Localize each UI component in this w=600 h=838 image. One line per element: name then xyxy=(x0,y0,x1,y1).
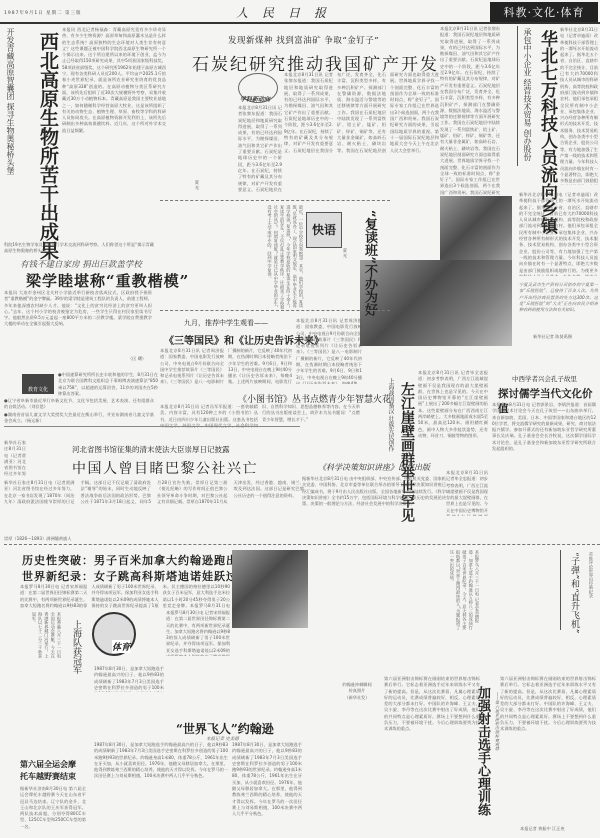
a4-body: 新华社北京8月31日电（记者卓迪雨）改革使科技干部管理上的一潭死水开始流动起来了… xyxy=(560,27,598,185)
a16-body: 第六届亚洲射击锦标赛在刚刚结束的世界射击锦标赛后举行。它标志着亚洲选手近年来训练… xyxy=(384,676,480,832)
a16-title: 加强射击选手心理训练 xyxy=(470,686,490,816)
a6-body-cont: 本报北京8月31日讯 记者周济报道：国家教委、中国电影发行放映公司、中央电视台9… xyxy=(296,318,362,384)
section-rule xyxy=(4,426,300,427)
news-box-logo: 教育文化 xyxy=(22,374,54,394)
a8-body: 本报北京8月31日讯 记者毕全忠报道：初步考察表明，广西左江流域崖壁画不仅是我国… xyxy=(418,370,488,476)
a15-title: “子弹”和“直升飞机” xyxy=(566,552,580,633)
a5-body: 最近，一位中学校长向我抱怨：其实，他们学校的“复读班”早就该办了，现在国家明文规… xyxy=(164,205,304,310)
photo-sprinters xyxy=(232,550,308,628)
a9-body: 据新华社北京8月31日电 由中央组织部、中央宣传部、中直机关党委、国家机关党委、… xyxy=(302,476,446,510)
a15-kicker: 首推评论世界田径新纪录 xyxy=(584,552,594,630)
a12-sub-kicker: 上海队获冠军 xyxy=(68,620,82,674)
a16-byline: 本报记者 黄振中 江正充 xyxy=(520,826,565,832)
photo-clinic-main xyxy=(360,260,512,346)
a5-author: 夏 光 xyxy=(340,248,348,288)
a4-body-cont: 新华社北京8月31日电（记者卓迪雨）改革使科技干部管理上的一潭死水开始流动起来了… xyxy=(519,192,598,276)
a11-note: 崇厚（1826—1893）满洲镶黄旗人 xyxy=(4,536,84,544)
a5-title: “复读班”不办为好 xyxy=(358,210,378,316)
news-item: ●辽宁省阜新市最近举行阜新文化节，文化节包括美展、艺术表演、还有组群众的自娱活动… xyxy=(4,398,154,412)
a15-body: 本报罗马八月三十一日电 记者史美德报道：加拿大选手约翰逊以九秒八三的成绩打破男子… xyxy=(310,550,480,630)
a12-sub-body: 本报香港八月三十一日电 全国运动会赛艇，今天在香港新界城门河举行，上海队以七十二… xyxy=(22,612,62,660)
a3-body: 本报北京8月31日讯 记者张黎东报道：我国石炭纪地层和地质研究取得进展，取得了一… xyxy=(284,72,439,192)
caption-line: （新华社发） xyxy=(340,695,374,701)
a14-body: 1987年8月30日，是加拿大短跑选手约翰逊最高兴的日子，他以9秒83的成绩刷新… xyxy=(94,742,228,834)
a7-body: 本报北京8月31日讯 记者冯军军报道：一套装帧精美、内容丰富，具有120种之多的… xyxy=(160,404,360,442)
a9-title: 《科学决策知识讲座》即将出版 xyxy=(318,462,430,473)
a11-kicker: 河北省图书馆征集的清末使法大臣崇厚日记披露 xyxy=(72,444,230,455)
masthead: 人民日报 xyxy=(236,4,340,21)
a14-title: “世界飞人”约翰逊 xyxy=(176,720,274,737)
a11-title: 中国人曾目睹巴黎公社兴亡 xyxy=(72,458,258,478)
dash-divider xyxy=(160,310,390,311)
a11-dateline: 新华社石家庄8月31日电（记者贾满亚）河北省图书馆在经过多年努力，在北京一家书店… xyxy=(4,440,26,476)
a9-body-cont: 本报北京8月31日讯 记者毕全忠报道：初步考察表明，广西左江流域崖壁画不仅是我国… xyxy=(446,470,488,516)
dash-divider xyxy=(160,200,390,201)
a1-caption: 科院19名生物学家及高原进行学术交流到科研考察。人们称誉这个所是“揭示青藏高原生… xyxy=(4,242,154,256)
a16-body-cont: 第六届亚洲射击锦标赛在刚刚结束的世界射击锦标赛后举行。它标志着亚洲选手近年来训练… xyxy=(500,676,596,826)
a3-body-right: 本报北京8月31日讯 记者张黎东报道：我国石炭纪地层和地质研究取得进展，取得了一… xyxy=(440,26,500,196)
section-tag: 科教·文化·体育 xyxy=(490,2,598,24)
a12-body-cont: 本报罗马8月30日电 记者宋邦福报道：在第二届世界田径锦标赛第二天的比赛中，有两… xyxy=(166,610,230,656)
a5-column-logo: 快语 xyxy=(306,212,342,248)
a6-body: 本报北京8月31日讯 记者周济报道：国家教委、中国电影发行放映公司、中央电视台9… xyxy=(160,348,292,388)
dash-divider xyxy=(4,544,600,545)
a2-signature: （区 曙） xyxy=(128,356,146,362)
a10-kicker: 中西学者兴会孔子故里 xyxy=(512,374,577,383)
a11-body: 新华社石家庄8月31日电（记者贾满亚）河北省图书馆在经过多年努力，在北京一家书店… xyxy=(4,480,304,538)
photo2-caption: 约翰逊冲刺瞬间 传真照片 （新华社发） xyxy=(340,682,374,722)
a16-subtitle: ——第六届亚洲射击锦标赛观感 xyxy=(492,692,500,812)
a14-body-cont: 1987年8月30日，是加拿大短跑选手约翰逊最高兴的日子，他以9秒83的成绩刷新… xyxy=(232,742,302,834)
a13-title: 第六届全运会摩托车越野赛结束 xyxy=(20,758,80,782)
a15-divider xyxy=(560,550,561,630)
a1-body: 本报讯 西北记者杨福森：青藏高原究竟有多少珍奇异兽、有多少生物资源？高原草甸和高… xyxy=(62,27,166,237)
a4-photo-caption: 宁夏灵武市生产资料公司创办的宁夏第一家“丘陵医院”，已接待了百多人次。为用户开出… xyxy=(519,282,598,332)
header-rule xyxy=(0,22,600,24)
a4-photo-credit: 新华社记者 陈贤禹摄 xyxy=(533,334,572,340)
a12-body: 本报罗马8月30日电 记者宋邦福报道：在第二届世界田径锦标赛第二天的比赛中，有两… xyxy=(20,584,230,610)
a4-divider xyxy=(517,26,518,166)
a14-intro: 1987年8月30日，是加拿大短跑选手约翰逊最高兴的日子，他以9秒83的成绩刷新… xyxy=(94,666,164,692)
a10-body: 本报曲阜8月31日电 记者郭景岩、李炳洪报道：首届儒学国际学术讨论会今天在孔子故… xyxy=(492,402,596,512)
a3-kicker: 发现新煤种 找到富油矿 争取“金钉子” xyxy=(228,34,379,46)
a13-body: 据新华社济南8月30日电 第六届全运会摩托车越野赛今天在山东省平邑县马边结束。辽… xyxy=(20,786,86,832)
sports-logo-label: 体育 xyxy=(112,640,130,653)
a3-body-cont: 本报北京8月31日讯 记者张黎东报道：我国石炭纪地层和地质研究取得进展，取得了一… xyxy=(238,105,282,193)
a2-kicker: 有钱不建自家房 捐出巨款盖学校 xyxy=(20,258,142,270)
a6-kicker: 九月，推荐中学生观看—— xyxy=(184,318,268,328)
a3-logo-label: 学科新动向 xyxy=(240,94,270,103)
a1-title: 西北高原生物所苦干出成果 xyxy=(34,32,60,260)
issue-date: 1987年9月1日 星期二 第三版 xyxy=(4,10,82,16)
news-item: ●湖南省首届儿童文学大奖授奖大会最近在衡山举行，并宣布湖南省儿童文学基金会成立。… xyxy=(4,412,154,426)
a2-body: 本报讯 大连市金州区北关村小学最近举行新校舍落成仪式，区政府授予捐资者“重教楷模… xyxy=(4,290,152,362)
a4-kicker: 承包中小企业 经营技术贸易 创办股份公司 xyxy=(521,28,533,168)
a1-kicker: 开发青藏高原智囊团 探寻生物奥秘桥头堡 xyxy=(4,28,16,228)
